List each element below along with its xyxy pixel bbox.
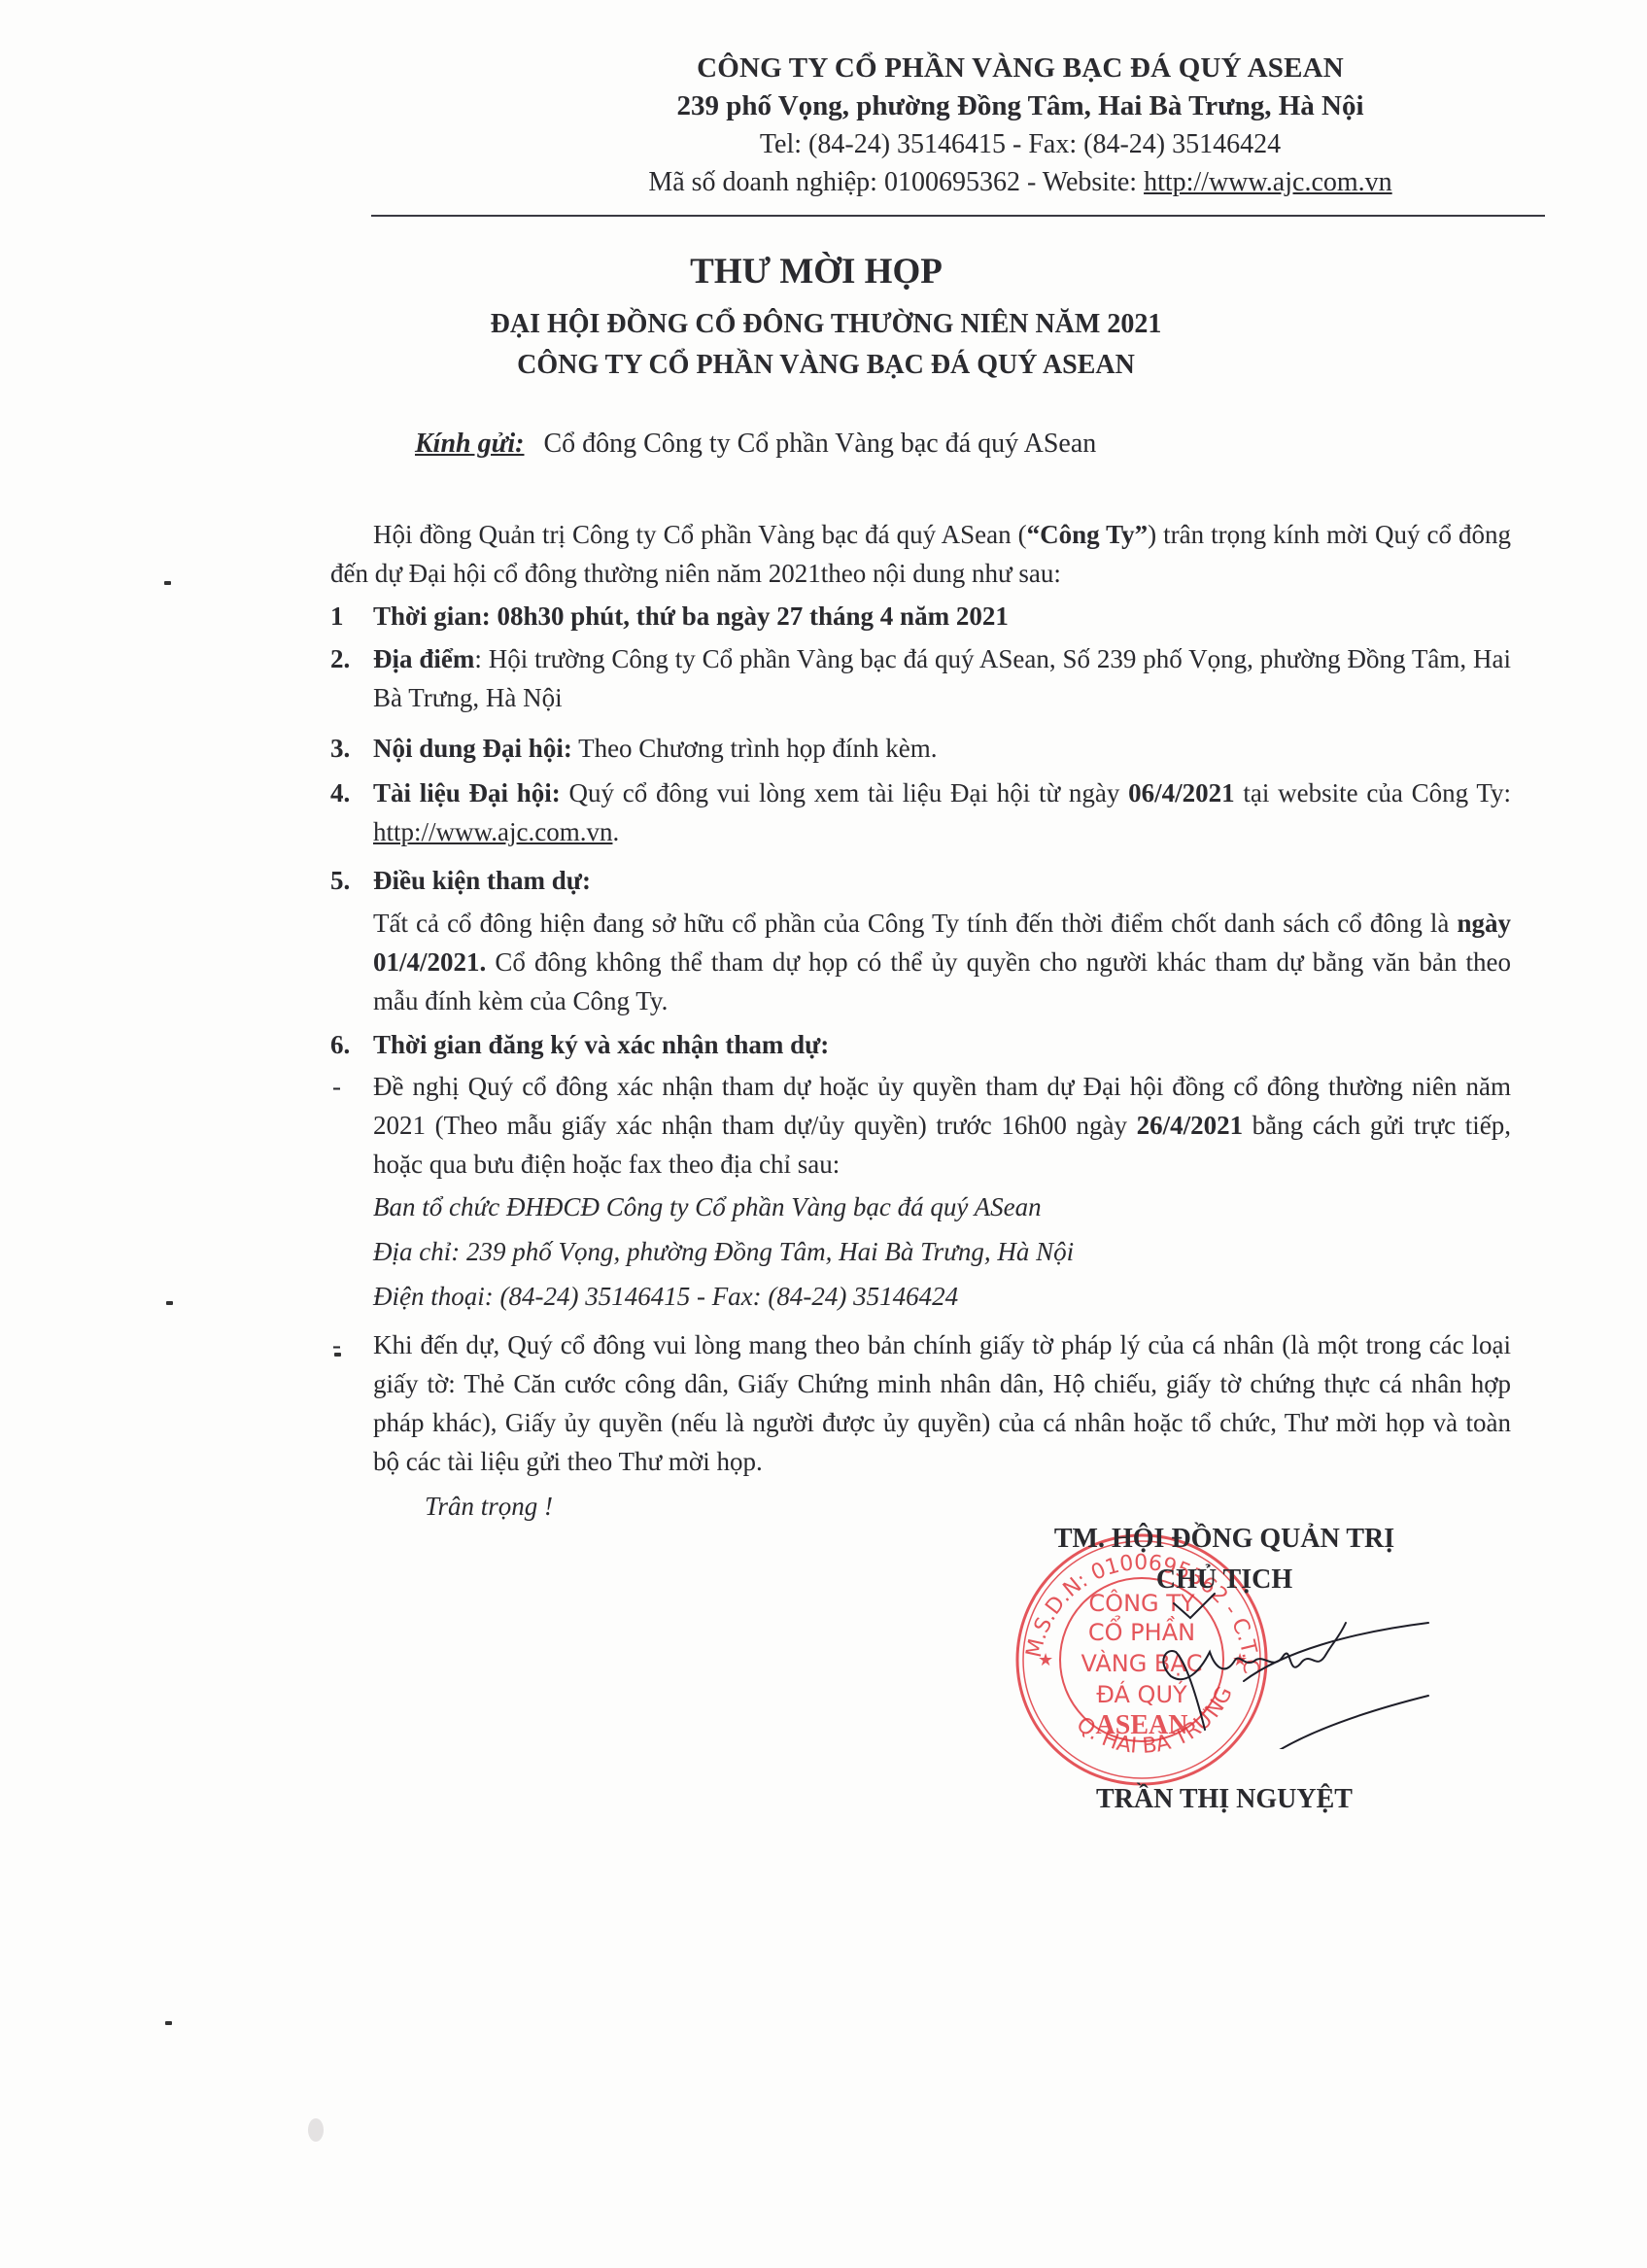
header-divider <box>371 215 1545 217</box>
organizer-phone: Điện thoại: (84-24) 35146415 - Fax: (84-… <box>330 1277 1511 1316</box>
item-text: Tất cả cổ đông hiện đang sở hữu cổ phần … <box>373 909 1457 938</box>
company-address: 239 phố Vọng, phường Đồng Tâm, Hai Bà Tr… <box>583 90 1458 122</box>
item-documents: 4. Tài liệu Đại hội: Quý cổ đông vui lòn… <box>330 773 1511 851</box>
item-text: Cổ đông không thể tham dự họp có thể ủy … <box>373 947 1511 1015</box>
intro-text-1: Hội đồng Quản trị Công ty Cổ phần Vàng b… <box>373 520 1027 549</box>
handwritten-signature-icon <box>1117 1584 1438 1749</box>
item-text: Quý cổ đông vui lòng xem tài liệu Đại hộ… <box>561 778 1128 808</box>
organizer-phone-text: Điện thoại: (84-24) 35146415 - Fax: (84-… <box>373 1277 1511 1316</box>
item-label: Thời gian: 08h30 phút, thứ ba ngày 27 th… <box>373 597 1511 636</box>
item-eligibility: 5. Điều kiện tham dự: Tất cả cổ đông hiệ… <box>330 861 1511 1020</box>
item-label: Thời gian đăng ký và xác nhận tham dự: <box>373 1025 1511 1064</box>
item-text: tại website của Công Ty: <box>1235 778 1511 808</box>
document-subtitle-1: ĐẠI HỘI ĐỒNG CỔ ĐÔNG THƯỜNG NIÊN NĂM 202… <box>457 309 1195 340</box>
item-number: 2. <box>330 639 350 678</box>
item-label: Điều kiện tham dự: <box>373 861 1511 900</box>
intro-bold: “Công Ty” <box>1027 520 1149 549</box>
closing-text: Trân trọng ! <box>425 1492 553 1522</box>
scan-blemish <box>308 2118 324 2142</box>
item-number: 5. <box>330 861 350 900</box>
registration-bullet-2: - Khi đến dự, Quý cổ đông vui lòng mang … <box>330 1325 1511 1481</box>
item-number: 6. <box>330 1025 350 1064</box>
signatory-name: TRẦN THỊ NGUYỆT <box>1011 1784 1438 1815</box>
deadline-date: 26/4/2021 <box>1137 1111 1244 1140</box>
company-registration: Mã số doanh nghiệp: 0100695362 - Website… <box>583 167 1458 198</box>
documents-website-link[interactable]: http://www.ajc.com.vn <box>373 817 612 846</box>
item-text: Theo Chương trình họp đính kèm. <box>572 734 938 763</box>
scan-mark <box>164 581 171 585</box>
recipient-label: Kính gửi: <box>415 429 524 459</box>
document-title: THƯ MỜI HỌP <box>525 251 1108 292</box>
item-agenda: 3. Nội dung Đại hội: Theo Chương trình h… <box>330 729 1511 768</box>
recipient-line: Kính gửi:Cổ đông Công ty Cổ phần Vàng bạ… <box>415 429 1096 460</box>
item-text: : Hội trường Công ty Cổ phần Vàng bạc đá… <box>373 644 1511 712</box>
scan-mark <box>334 1353 341 1357</box>
intro-paragraph: Hội đồng Quản trị Công ty Cổ phần Vàng b… <box>330 515 1511 593</box>
item-number: 3. <box>330 729 350 768</box>
item-time: 1 Thời gian: 08h30 phút, thứ ba ngày 27 … <box>330 597 1511 636</box>
website-link[interactable]: http://www.ajc.com.vn <box>1144 167 1392 197</box>
company-contact: Tel: (84-24) 35146415 - Fax: (84-24) 351… <box>583 129 1458 160</box>
recipient-value: Cổ đông Công ty Cổ phần Vàng bạc đá quý … <box>543 429 1096 459</box>
svg-text:★: ★ <box>1038 1650 1053 1670</box>
bullet-dash: - <box>332 1325 341 1364</box>
registration-bullet-1: - Đề nghị Quý cổ đông xác nhận tham dự h… <box>330 1067 1511 1184</box>
item-text: . <box>612 817 619 846</box>
item-registration: 6. Thời gian đăng ký và xác nhận tham dự… <box>330 1025 1511 1064</box>
item-number: 4. <box>330 773 350 812</box>
company-name: CÔNG TY CỔ PHẦN VÀNG BẠC ĐÁ QUÝ ASEAN <box>583 52 1458 85</box>
item-number: 1 <box>330 597 344 636</box>
organizer-text: Ban tổ chức ĐHĐCĐ Công ty Cổ phần Vàng b… <box>373 1187 1511 1226</box>
bullet-dash: - <box>332 1067 341 1106</box>
item-label: Tài liệu Đại hội: <box>373 778 561 808</box>
item-label: Nội dung Đại hội: <box>373 734 572 763</box>
organizer-name: Ban tổ chức ĐHĐCĐ Công ty Cổ phần Vàng b… <box>330 1187 1511 1226</box>
scan-mark <box>165 2021 172 2025</box>
documents-date: 06/4/2021 <box>1128 778 1235 808</box>
organizer-address-text: Địa chỉ: 239 phố Vọng, phường Đồng Tâm, … <box>373 1232 1511 1271</box>
item-label: Địa điểm <box>373 644 474 673</box>
item-location: 2. Địa điểm: Hội trường Công ty Cổ phần … <box>330 639 1511 717</box>
tax-code-text: Mã số doanh nghiệp: 0100695362 - Website… <box>648 167 1144 197</box>
organizer-address: Địa chỉ: 239 phố Vọng, phường Đồng Tâm, … <box>330 1232 1511 1271</box>
signatory-title: TM. HỘI ĐỒNG QUẢN TRỊ <box>1011 1524 1438 1555</box>
document-subtitle-2: CÔNG TY CỔ PHẦN VÀNG BẠC ĐÁ QUÝ ASEAN <box>457 350 1195 381</box>
bullet-text: Khi đến dự, Quý cổ đông vui lòng mang th… <box>373 1325 1511 1481</box>
scan-mark <box>166 1301 173 1305</box>
